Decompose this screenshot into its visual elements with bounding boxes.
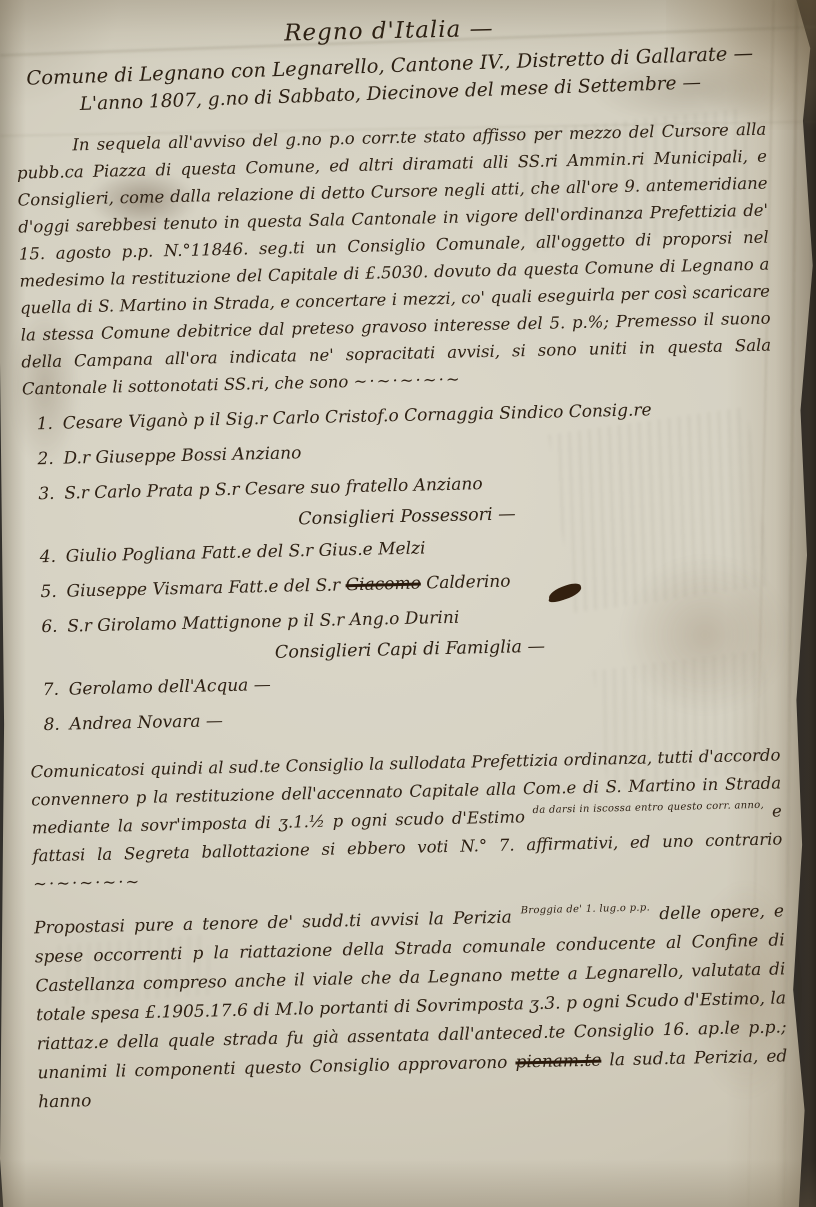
list-item-8: 8. Andrea Novara — [43,695,779,738]
item-text: Gerolamo dell'Acqua — [68,672,271,703]
attendees-list: 1. Cesare Viganò p il Sig.r Carlo Cristo… [22,395,779,739]
item-text: Giuseppe Vismara Fatt.e del S.r Giacomo … [66,569,511,605]
item-number: 6. [41,614,68,641]
interlinear-insertion: da darsi in iscossa entro questo corr. a… [532,801,764,816]
item-text: Cesare Viganò p il Sig.r Carlo Cristof.o… [62,397,651,436]
item-number: 3. [38,481,65,508]
list-item-7: 7. Gerolamo dell'Acqua — [42,660,778,703]
item-text: S.r Girolamo Mattignone p il S.r Ang.o D… [67,605,460,640]
interlinear-annotation: Broggia de' 1. lug.o p.p. [521,903,651,916]
item-text: Giulio Pogliana Fatt.e del S.r Gius.e Me… [65,535,425,569]
paragraph-road-repair: Propostasi pure a tenore de' sudd.ti avv… [34,897,788,1117]
flourish-line: ~·~·~·~·~ [33,872,142,893]
item-text: Andrea Novara — [69,708,223,737]
struck-word: pienam.te [515,1051,601,1073]
paper-edge-bottom-shadow [0,1159,816,1207]
item-number: 2. [37,446,64,473]
item-number: 8. [43,712,70,739]
list-item-5: 5. Giuseppe Vismara Fatt.e del S.r Giaco… [40,562,776,605]
paragraph-convocation: In sequela all'avviso del g.no p.o corr.… [16,116,772,403]
item-text-pre: Giuseppe Vismara Fatt.e del S.r [66,575,345,601]
road-text-1: Propostasi pure a tenore de' sudd.ti avv… [34,907,521,938]
list-item-1: 1. Cesare Viganò p il Sig.r Carlo Cristo… [36,395,772,438]
item-number: 1. [36,411,63,438]
capital-text-1: Comunicatosi quindi al sud.te Consiglio … [30,745,781,837]
item-number: 5. [40,579,67,606]
item-number: 4. [39,544,66,571]
item-text: D.r Giuseppe Bossi Anziano [63,440,301,471]
list-item-2: 2. D.r Giuseppe Bossi Anziano [37,430,773,473]
struck-word: Giacomo [345,574,421,596]
paragraph-capital-restitution: Comunicatosi quindi al sud.te Consiglio … [30,741,783,898]
convocation-text: In sequela all'avviso del g.no p.o corr.… [17,120,772,399]
flourish-line: ~·~·~·~·~ [353,370,462,391]
manuscript-photo: Regno d'Italia — Comune di Legnano con L… [0,0,816,1207]
manuscript-text: Regno d'Italia — Comune di Legnano con L… [14,10,789,1118]
item-number: 7. [42,677,69,704]
list-item-4: 4. Giulio Pogliana Fatt.e del S.r Gius.e… [39,527,775,570]
item-text: S.r Carlo Prata p S.r Cesare suo fratell… [64,471,483,506]
item-text-post: Calderino [421,572,511,594]
